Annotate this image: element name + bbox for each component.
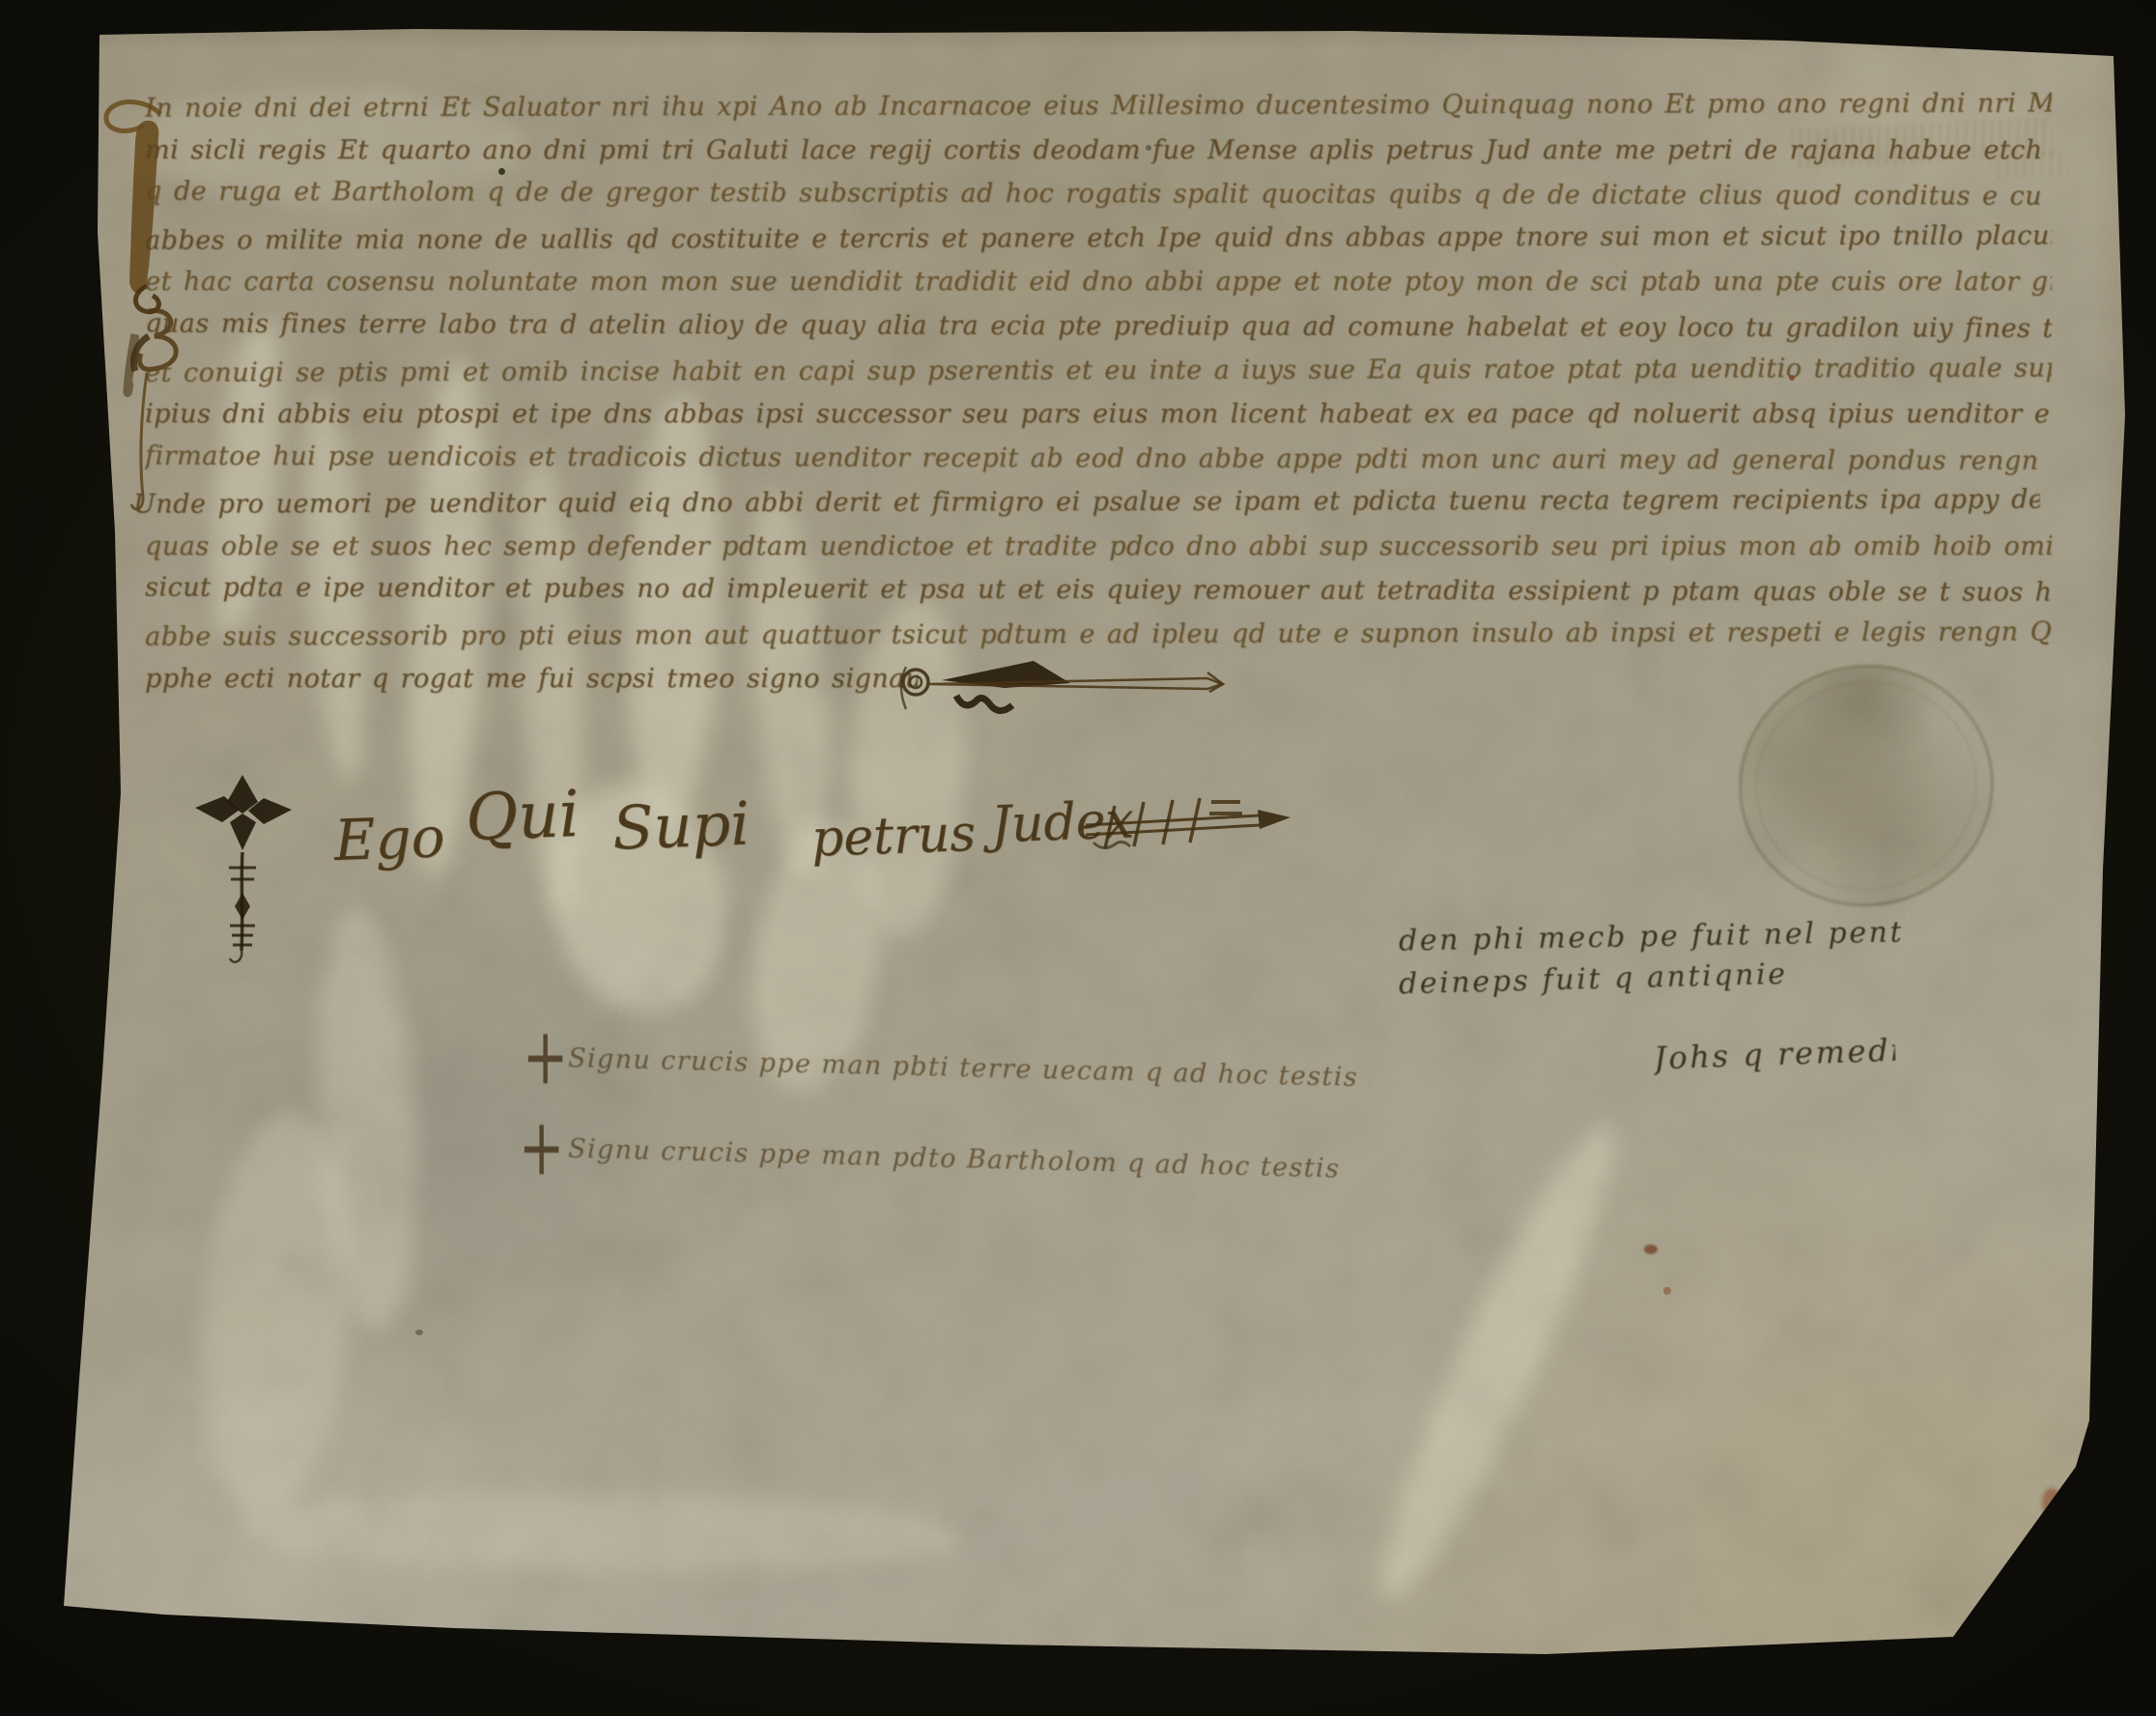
body-line: q de ruga et Bartholom q de de gregor te… (145, 176, 2052, 225)
body-line: Unde pro uemori pe uenditor quid eiq dno… (133, 484, 2040, 533)
annotation-line: den phi mecb pe fuit nel pentiug (1399, 915, 1902, 958)
annotation-signoff: Johs q remedis (1653, 1032, 1895, 1077)
body-line: firmatoe hui pse uendicois et tradicois … (145, 441, 2052, 490)
ink-spot (415, 1330, 423, 1335)
witness-text: Signu crucis ppe man pbti terre uecam q … (568, 1044, 1371, 1093)
stain (185, 1105, 365, 1522)
body-line: In noie dni dei etrni Et Saluator nri ih… (145, 88, 2052, 137)
signature-word: Ego (333, 804, 446, 873)
witness-text: Signu crucis ppe man pdto Bartholom q ad… (568, 1134, 1342, 1185)
rust-spot (1644, 1244, 1658, 1254)
body-line: et hac carta cosensu noluntate mon mon s… (145, 267, 2052, 311)
body-line: ipius dni abbis eiu ptospi et ipe dns ab… (145, 399, 2052, 443)
witness-cross-icon: + (519, 1101, 565, 1193)
stain (308, 906, 427, 1336)
body-line: quas mis fines terre labo tra d atelin a… (145, 308, 2052, 357)
body-line: abbes o milite mia none de uallis qd cos… (145, 220, 2052, 270)
stain (241, 1486, 966, 1576)
signature-flourish-icon (1086, 788, 1293, 866)
signature-word: Supi (611, 788, 751, 864)
rust-stain (2042, 1488, 2061, 1517)
rust-spot (1663, 1287, 1671, 1295)
signature-word: petrus (810, 805, 977, 869)
signature-word: Qui (465, 777, 581, 855)
parchment: In noie dni dei etrni Et Saluator nri ih… (0, 0, 2156, 1716)
body-line: sicut pdta e ipe uenditor et pubes no ad… (145, 572, 2052, 621)
stamp-inner-ring (1742, 667, 1991, 904)
witness-cross-icon: + (523, 1011, 569, 1102)
body-line: pphe ecti notar q rogat me fui scpsi tme… (145, 664, 918, 708)
annotation-line: deineps fuit q antiqnieil (1399, 958, 1786, 1001)
notarial-tail-flourish-icon (889, 657, 1236, 717)
manuscript-photograph: In noie dni dei etrni Et Saluator nri ih… (0, 0, 2156, 1716)
notary-cross-icon (189, 771, 298, 964)
body-line: mi sicli regis Et quarto ano dni pmi tri… (145, 135, 2052, 180)
body-line: et conuigi se ptis pmi et omib incise ha… (145, 353, 2052, 402)
stain (1352, 1109, 1643, 1615)
round-archive-stamp (1723, 648, 2009, 923)
body-line: quas oble se et suos hec semp defender p… (145, 531, 2052, 576)
